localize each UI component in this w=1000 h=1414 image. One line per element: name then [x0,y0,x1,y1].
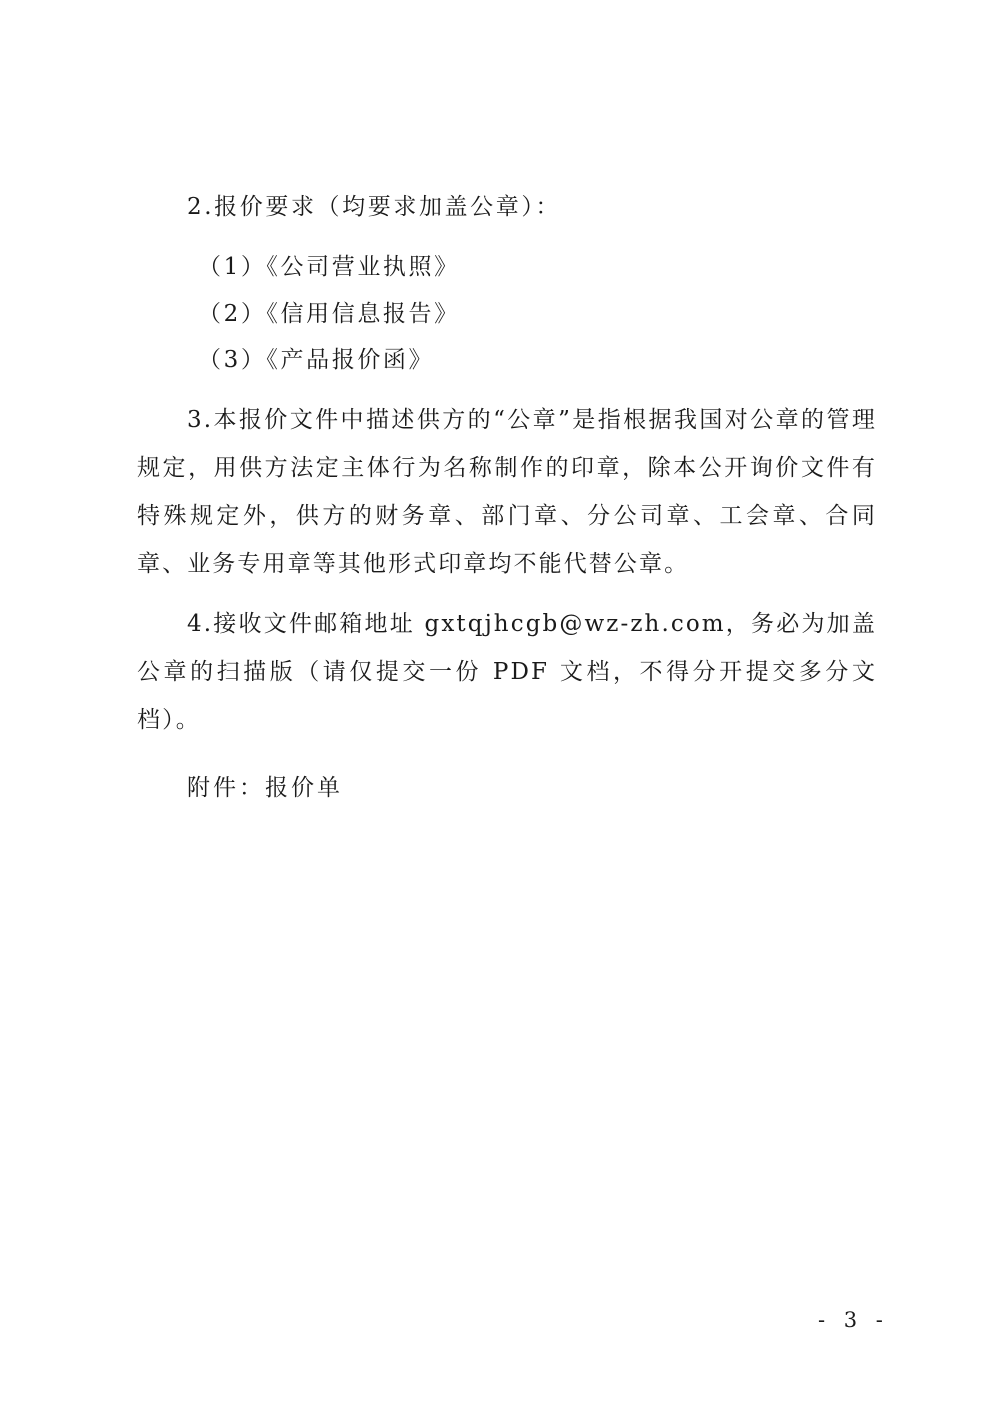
requirement-item-3: （3）《产品报价函》 [198,345,434,375]
requirement-item-1: （1）《公司营业执照》 [198,252,460,282]
page-number: - 3 - [818,1306,889,1334]
section-4-paragraph: 4.接收文件邮箱地址 gxtqjhcgb@wz-zh.com，务必为加盖公章的扫… [137,600,877,744]
section-2-heading: 2.报价要求（均要求加盖公章）： [187,192,561,222]
attachment-label: 附件：报价单 [187,773,343,803]
document-page: 2.报价要求（均要求加盖公章）： （1）《公司营业执照》 （2）《信用信息报告》… [0,0,1000,1414]
section-3-paragraph: 3.本报价文件中描述供方的“公章”是指根据我国对公章的管理规定，用供方法定主体行… [137,396,877,588]
requirement-item-2: （2）《信用信息报告》 [198,299,460,329]
